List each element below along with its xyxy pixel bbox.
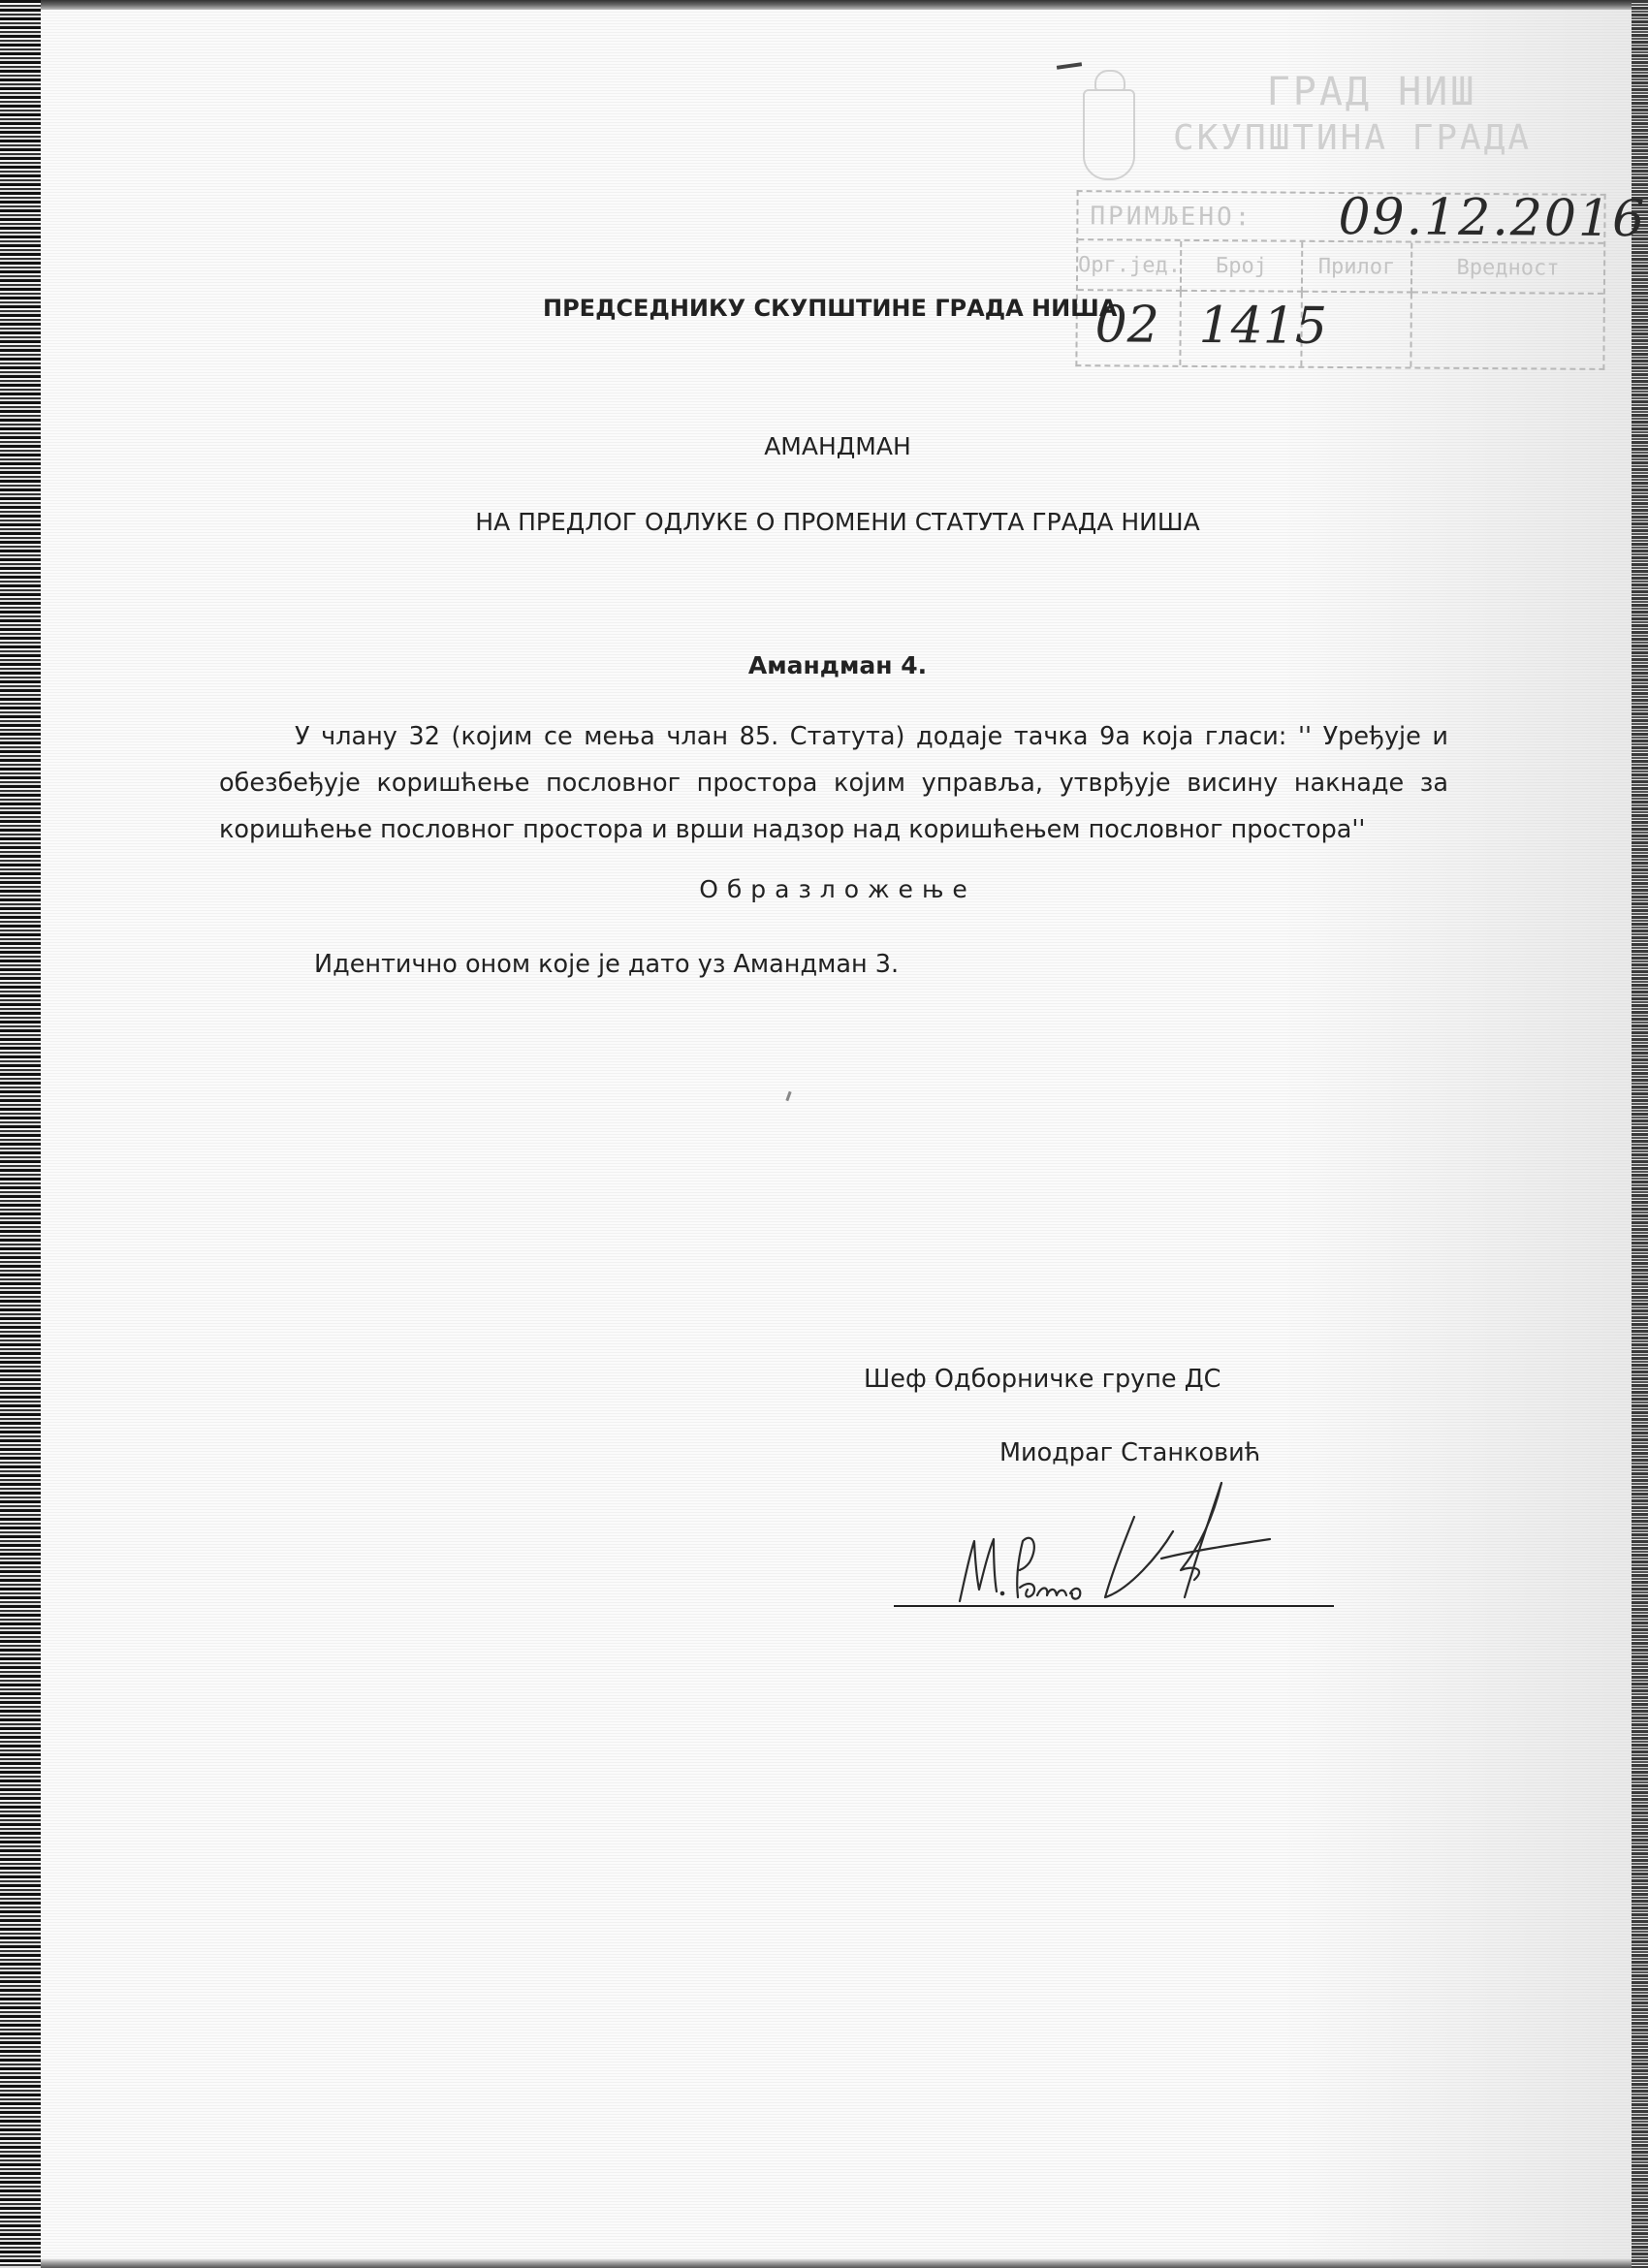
scan-edge-bottom bbox=[41, 2258, 1632, 2268]
stamp-received-row: ПРИМЉЕНО: 09.12.2016 bbox=[1078, 192, 1603, 244]
document-subtitle: НА ПРЕДЛОГ ОДЛУКЕ О ПРОМЕНИ СТАТУТА ГРАД… bbox=[14, 508, 1648, 536]
scan-edge-top bbox=[0, 0, 1648, 10]
stamp-received-date: 09.12.2016 bbox=[1338, 188, 1646, 248]
addressee: ПРЕДСЕДНИКУ СКУПШТИНЕ ГРАДА НИША bbox=[543, 295, 1117, 322]
amendment-heading: Амандман 4. bbox=[14, 651, 1648, 679]
stamp-val-number: 1415 bbox=[1181, 292, 1303, 366]
document-title: АМАНДМАН bbox=[14, 432, 1648, 460]
signer-name: Миодраг Станковић bbox=[999, 1438, 1260, 1467]
explanation-text: Идентично оном које је дато уз Амандман … bbox=[314, 950, 899, 979]
signature-line bbox=[894, 1605, 1334, 1607]
signature-icon bbox=[940, 1473, 1289, 1609]
stamp-grid: Орг.јед. Број Прилог Вредност 02 1415 bbox=[1077, 240, 1603, 368]
stamp-col-org-unit: Орг.јед. bbox=[1078, 240, 1182, 292]
registry-stamp: ПРИМЉЕНО: 09.12.2016 Орг.јед. Број Прило… bbox=[1075, 190, 1605, 370]
stamp-received-label: ПРИМЉЕНО: bbox=[1090, 202, 1252, 232]
scan-edge-left bbox=[0, 0, 41, 2268]
stamp-val-attachment bbox=[1302, 293, 1412, 367]
amendment-text: У члану 32 (којим се мења члан 85. Стату… bbox=[219, 713, 1448, 853]
stamp-col-value: Вредност bbox=[1412, 243, 1603, 295]
explanation-heading: Образложење bbox=[14, 875, 1648, 903]
stamp-col-attachment: Прилог bbox=[1303, 242, 1412, 294]
stamp-val-value bbox=[1411, 294, 1603, 368]
signer-role: Шеф Одборничке групе ДС bbox=[864, 1365, 1220, 1394]
stamp-org-line2: СКУПШТИНА ГРАДА bbox=[1149, 114, 1556, 163]
scan-edge-right bbox=[1632, 0, 1648, 2268]
stamp-col-number: Број bbox=[1182, 241, 1303, 293]
coat-of-arms-icon bbox=[1083, 89, 1135, 180]
stamp-organization: ГРАД НИШ СКУПШТИНА ГРАДА bbox=[1188, 70, 1556, 163]
stamp-org-line1: ГРАД НИШ bbox=[1188, 70, 1556, 114]
